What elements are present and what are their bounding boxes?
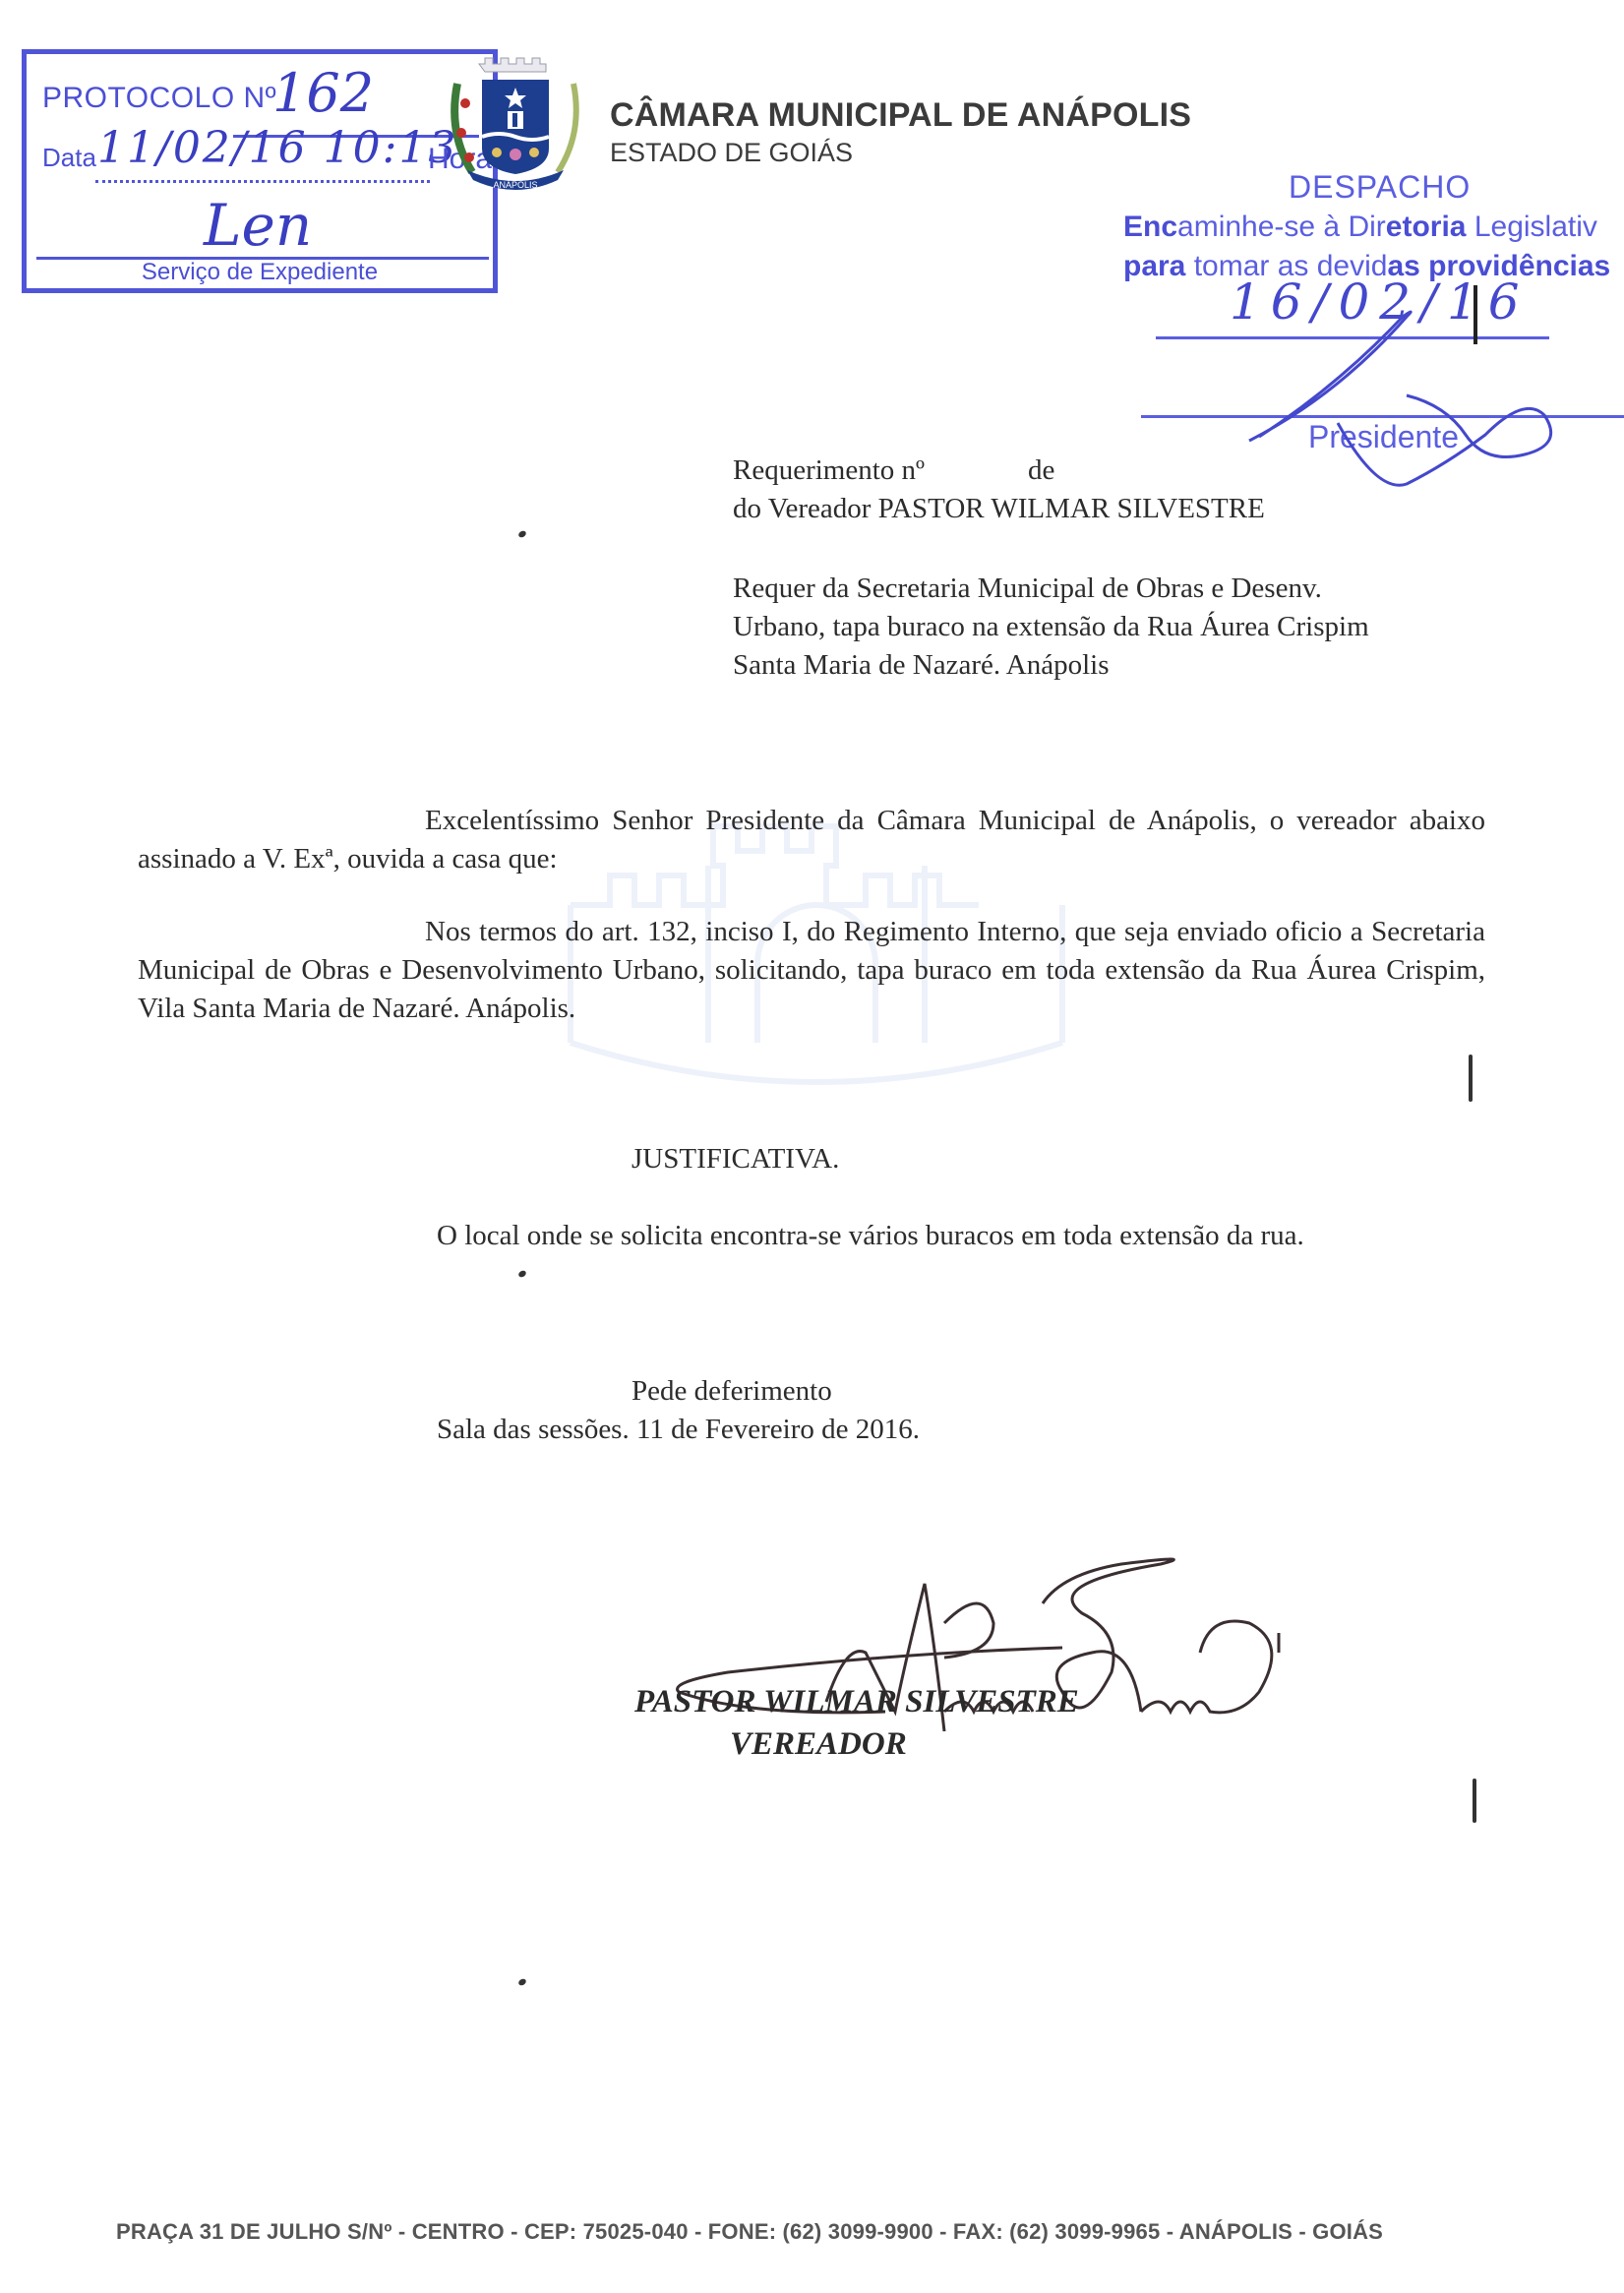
scan-mark	[1469, 1055, 1473, 1102]
requerimento-summary-3: Santa Maria de Nazaré. Anápolis	[733, 649, 1110, 682]
request-text: Nos termos do art. 132, inciso I, do Reg…	[138, 916, 1485, 1024]
protocol-date: 11/02/16 10:13	[97, 123, 457, 173]
header-subtitle: ESTADO DE GOIÁS	[610, 138, 853, 168]
protocol-date-label: Data	[42, 143, 96, 173]
despacho-stamp: DESPACHO Encaminhe-se à Diretoria Legisl…	[1112, 169, 1624, 494]
requerimento-summary-2: Urbano, tapa buraco na extensão da Rua Á…	[733, 611, 1369, 643]
place-date-text: Sala das sessões. 11 de Fevereiro de 201…	[437, 1414, 920, 1446]
requerimento-number-line: Requerimento nºde	[733, 454, 1054, 487]
protocol-label: PROTOCOLO Nº	[42, 82, 276, 115]
protocol-footer: Serviço de Expediente	[27, 259, 493, 286]
salutation-paragraph: Excelentíssimo Senhor Presidente da Câma…	[138, 802, 1485, 878]
protocol-date-value: 11/02/16	[97, 123, 308, 173]
signatory-role: VEREADOR	[730, 1726, 907, 1763]
president-signature-icon	[1112, 169, 1624, 494]
requerimento-summary-1: Requer da Secretaria Municipal de Obras …	[733, 573, 1322, 605]
request-paragraph: Nos termos do art. 132, inciso I, do Reg…	[138, 913, 1485, 1028]
salutation-text: Excelentíssimo Senhor Presidente da Câma…	[138, 805, 1485, 875]
scan-mark	[1473, 1779, 1476, 1823]
signatory-name: PASTOR WILMAR SILVESTRE	[634, 1684, 1079, 1720]
protocol-stamp: PROTOCOLO Nº 162 Data 11/02/16 10:13 Hor…	[22, 49, 498, 293]
requerimento-number-de: de	[1028, 454, 1054, 486]
requerimento-author: do Vereador PASTOR WILMAR SILVESTRE	[733, 493, 1265, 525]
coat-of-arms-label: ANÁPOLIS	[493, 180, 537, 190]
scan-speck	[517, 1977, 527, 1986]
justification-text: O local onde se solicita encontra-se vár…	[437, 1220, 1304, 1252]
protocol-number: 162	[272, 62, 374, 124]
requerimento-number-label: Requerimento nº	[733, 454, 925, 486]
footer-address: PRAÇA 31 DE JULHO S/Nº - CENTRO - CEP: 7…	[116, 2219, 1383, 2245]
coat-of-arms-icon: ANÁPOLIS	[448, 54, 583, 202]
header-title: CÂMARA MUNICIPAL DE ANÁPOLIS	[610, 96, 1191, 135]
closing-text: Pede deferimento	[632, 1375, 832, 1408]
scan-speck	[517, 529, 527, 538]
protocol-signature: Len	[204, 192, 312, 259]
protocol-date-line	[95, 180, 430, 183]
justification-heading: JUSTIFICATIVA.	[632, 1143, 839, 1176]
